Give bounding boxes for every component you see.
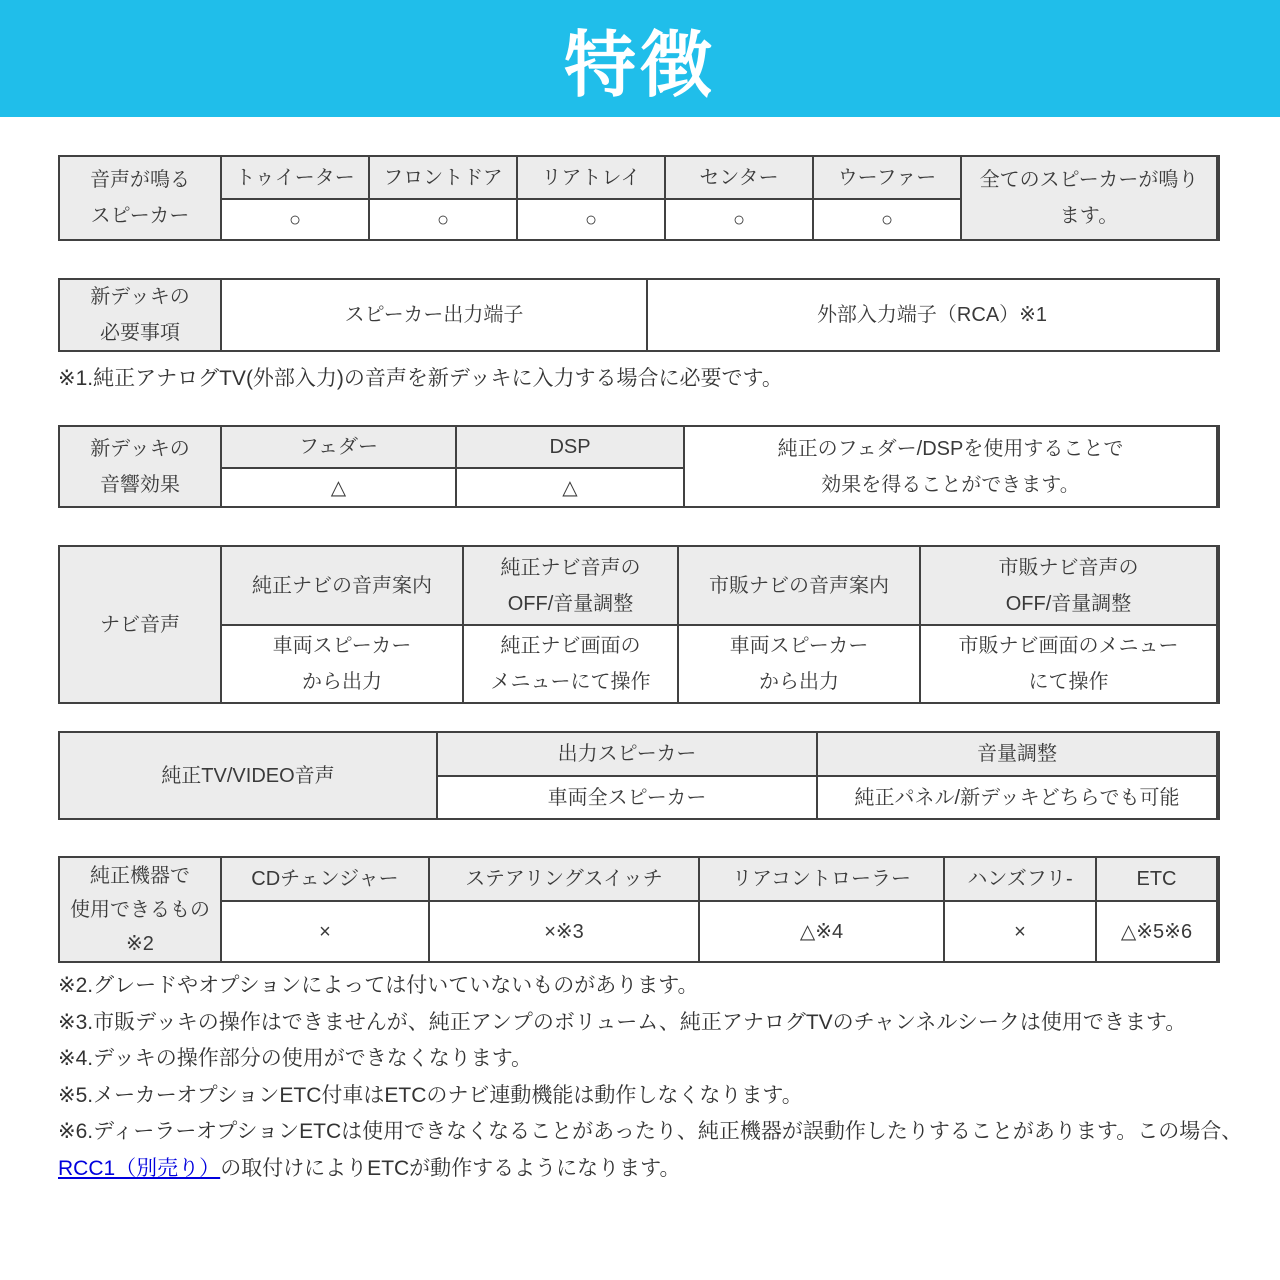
- header-banner: 特徴: [0, 0, 1280, 117]
- sound-effects-value-dsp: △: [457, 469, 683, 506]
- speakers-value-front-door: ○: [370, 200, 516, 239]
- navi-audio-col-aftermarket-guidance: 市販ナビの音声案内: [679, 547, 919, 624]
- sound-effects-col-dsp: DSP: [457, 427, 683, 467]
- navi-audio-col-aftermarket-volume: 市販ナビ音声の OFF/音量調整: [921, 547, 1216, 624]
- oem-equipment-value-steering-switch: ×※3: [430, 902, 698, 961]
- tv-video-audio-value-volume: 純正パネル/新デッキどちらでも可能: [818, 777, 1216, 818]
- sound-effects-note-cell: 純正のフェダー/DSPを使用することで 効果を得ることができます。: [685, 427, 1216, 506]
- footnotes: ※2.グレードやオプションによっては付いていないものがあります。 ※3.市販デッ…: [58, 968, 1254, 1187]
- speakers-row-label: 音声が鳴る スピーカー: [60, 157, 220, 239]
- footnote-6-text-after: の取付けによりETCが動作するようになります。: [220, 1157, 680, 1180]
- oem-equipment-col-etc: ETC: [1097, 858, 1216, 900]
- speakers-note-cell: 全てのスピーカーが鳴り ます。: [962, 157, 1216, 239]
- footnote-6-text-before: ※6.ディーラーオプションETCは使用できなくなることがあったり、純正機器が誤動…: [58, 1120, 1242, 1143]
- rcc1-link[interactable]: RCC1（別売り）: [58, 1157, 220, 1180]
- footnote-5: ※5.メーカーオプションETC付車はETCのナビ連動機能は動作しなくなります。: [58, 1078, 1254, 1115]
- tv-video-audio-value-output-speaker: 車両全スピーカー: [438, 777, 816, 818]
- navi-audio-value-aftermarket-volume: 市販ナビ画面のメニュー にて操作: [921, 626, 1216, 702]
- tv-video-audio-col-output-speaker: 出力スピーカー: [438, 733, 816, 775]
- sound-effects-table: 新デッキの 音響効果 フェダー DSP 純正のフェダー/DSPを使用することで …: [58, 425, 1220, 508]
- deck-requirements-row-label: 新デッキの 必要事項: [60, 280, 220, 350]
- oem-equipment-col-cd-changer: CDチェンジャー: [222, 858, 428, 900]
- tv-video-audio-col-volume: 音量調整: [818, 733, 1216, 775]
- oem-equipment-table: 純正機器で 使用できるもの ※2 CDチェンジャー ステアリングスイッチ リアコ…: [58, 856, 1220, 963]
- speakers-value-rear-tray: ○: [518, 200, 664, 239]
- speakers-value-tweeter: ○: [222, 200, 368, 239]
- tv-video-audio-table: 純正TV/VIDEO音声 出力スピーカー 音量調整 車両全スピーカー 純正パネル…: [58, 731, 1220, 820]
- sound-effects-value-fader: △: [222, 469, 455, 506]
- navi-audio-table: ナビ音声 純正ナビの音声案内 純正ナビ音声の OFF/音量調整 市販ナビの音声案…: [58, 545, 1220, 704]
- speakers-col-rear-tray: リアトレイ: [518, 157, 664, 198]
- deck-requirements-table: 新デッキの 必要事項 スピーカー出力端子 外部入力端子（RCA）※1: [58, 278, 1220, 352]
- footnote-6: ※6.ディーラーオプションETCは使用できなくなることがあったり、純正機器が誤動…: [58, 1114, 1254, 1187]
- oem-equipment-value-cd-changer: ×: [222, 902, 428, 961]
- footnote-2: ※2.グレードやオプションによっては付いていないものがあります。: [58, 968, 1254, 1005]
- sound-effects-row-label: 新デッキの 音響効果: [60, 427, 220, 506]
- footnote-4: ※4.デッキの操作部分の使用ができなくなります。: [58, 1041, 1254, 1078]
- navi-audio-value-oem-guidance: 車両スピーカー から出力: [222, 626, 462, 702]
- speakers-value-center: ○: [666, 200, 812, 239]
- oem-equipment-value-handsfree: ×: [945, 902, 1095, 961]
- navi-audio-col-oem-guidance: 純正ナビの音声案内: [222, 547, 462, 624]
- speakers-col-center: センター: [666, 157, 812, 198]
- navi-audio-value-aftermarket-guidance: 車両スピーカー から出力: [679, 626, 919, 702]
- page-title: 特徴: [564, 7, 716, 111]
- oem-equipment-value-rear-controller: △※4: [700, 902, 943, 961]
- oem-equipment-col-rear-controller: リアコントローラー: [700, 858, 943, 900]
- speakers-col-tweeter: トゥイーター: [222, 157, 368, 198]
- speakers-col-woofer: ウーファー: [814, 157, 960, 198]
- deck-requirements-speaker-output-cell: スピーカー出力端子: [222, 280, 646, 350]
- sound-effects-col-fader: フェダー: [222, 427, 455, 467]
- oem-equipment-value-etc: △※5※6: [1097, 902, 1216, 961]
- footnote-1: ※1.純正アナログTV(外部入力)の音声を新デッキに入力する場合に必要です。: [58, 364, 1280, 394]
- speakers-table: 音声が鳴る スピーカー トゥイーター フロントドア リアトレイ センター ウーフ…: [58, 155, 1220, 241]
- navi-audio-col-oem-volume: 純正ナビ音声の OFF/音量調整: [464, 547, 677, 624]
- speakers-col-front-door: フロントドア: [370, 157, 516, 198]
- oem-equipment-row-label: 純正機器で 使用できるもの ※2: [60, 858, 220, 961]
- deck-requirements-external-input-cell: 外部入力端子（RCA）※1: [648, 280, 1216, 350]
- navi-audio-value-oem-volume: 純正ナビ画面の メニューにて操作: [464, 626, 677, 702]
- oem-equipment-col-steering-switch: ステアリングスイッチ: [430, 858, 698, 900]
- speakers-value-woofer: ○: [814, 200, 960, 239]
- footnote-3: ※3.市販デッキの操作はできませんが、純正アンプのボリューム、純正アナログTVの…: [58, 1005, 1254, 1042]
- oem-equipment-col-handsfree: ハンズフリ-: [945, 858, 1095, 900]
- tv-video-audio-row-label: 純正TV/VIDEO音声: [60, 733, 436, 818]
- navi-audio-row-label: ナビ音声: [60, 547, 220, 702]
